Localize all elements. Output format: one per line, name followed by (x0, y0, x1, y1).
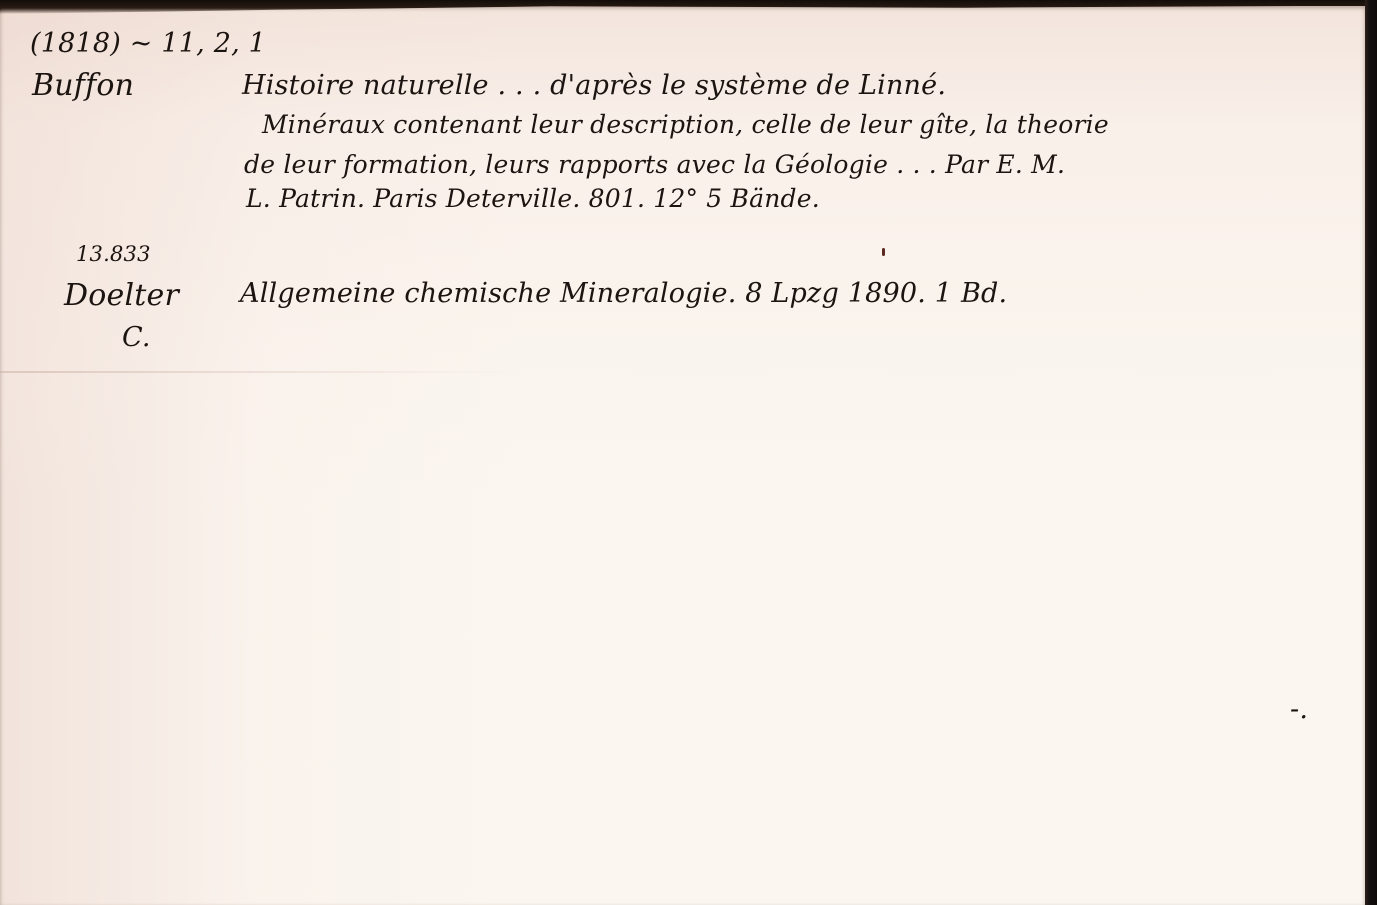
entry-1-title-line-2: Minéraux contenant leur description, cel… (262, 110, 1109, 139)
catalog-card: (1818) ~ 11, 2, 1 Buffon Histoire nature… (0, 6, 1365, 905)
entry-1-title-line-1: Histoire naturelle . . . d'après le syst… (242, 70, 946, 101)
bottom-right-mark: -. (1290, 694, 1308, 725)
entry-2-author-initial: C. (122, 322, 151, 353)
entry-1-shelfmark: (1818) ~ 11, 2, 1 (30, 28, 266, 59)
entry-2-title-line-1: Allgemeine chemische Mineralogie. 8 Lpzg… (240, 278, 1007, 309)
card-right-edge-shadow (1365, 0, 1377, 905)
entry-2-shelfmark: 13.833 (76, 242, 151, 266)
ink-speck (882, 248, 885, 256)
card-fold-line (0, 371, 520, 373)
entry-1-author: Buffon (32, 68, 134, 103)
entry-2-author: Doelter (64, 278, 179, 313)
entry-1-title-line-4: L. Patrin. Paris Deterville. 801. 12° 5 … (246, 184, 820, 213)
entry-1-title-line-3: de leur formation, leurs rapports avec l… (244, 150, 1065, 179)
